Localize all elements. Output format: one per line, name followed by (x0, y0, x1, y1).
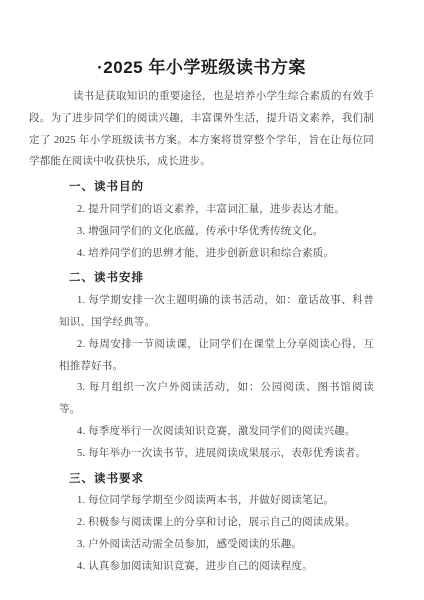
list-item: 3. 户外阅读活动需全员参加，感受阅读的乐趣。 (59, 534, 374, 556)
list-item: 5. 每年举办一次读书节，进展阅读成果展示，表彰优秀读者。 (59, 443, 374, 465)
list-item: 4. 认真参加阅读知识竞赛，进步自己的阅读程度。 (59, 556, 374, 578)
section-heading-purpose: 一、读书目的 (69, 177, 374, 199)
list-item: 2. 提升同学们的语文素养，丰富词汇量，进步表达才能。 (59, 199, 374, 221)
list-item: 4. 培养同学们的思辨才能，进步创新意识和综合素质。 (59, 243, 374, 265)
list-item: 2. 积极参与阅读课上的分享和讨论，展示自己的阅读成果。 (59, 512, 374, 534)
list-item: 3. 每月组织一次户外阅读活动，如：公园阅读、图书馆阅读等。 (59, 377, 374, 421)
section-heading-requirements: 三、读书要求 (69, 469, 374, 491)
intro-paragraph: 读书是获取知识的重要途径，也是培养小学生综合素质的有效手段。为了进步同学们的阅读… (29, 86, 374, 173)
list-item: 1. 每学期安排一次主题明确的读书活动，如：童话故事、科普知识、国学经典等。 (59, 290, 374, 334)
list-item: 3. 增强同学们的文化底蕴，传承中华优秀传统文化。 (59, 221, 374, 243)
section-heading-arrangement: 二、读书安排 (69, 268, 374, 290)
list-item: 1. 每位同学每学期至少阅读两本书，并做好阅读笔记。 (59, 490, 374, 512)
document-page: ·2025 年小学班级读书方案 读书是获取知识的重要途径，也是培养小学生综合素质… (0, 0, 424, 600)
list-item: 2. 每周安排一节阅读课，让同学们在课堂上分享阅读心得，互相推荐好书。 (59, 334, 374, 378)
document-title: ·2025 年小学班级读书方案 (29, 55, 374, 81)
list-item: 4. 每季度举行一次阅读知识竞赛，激发同学们的阅读兴趣。 (59, 421, 374, 443)
